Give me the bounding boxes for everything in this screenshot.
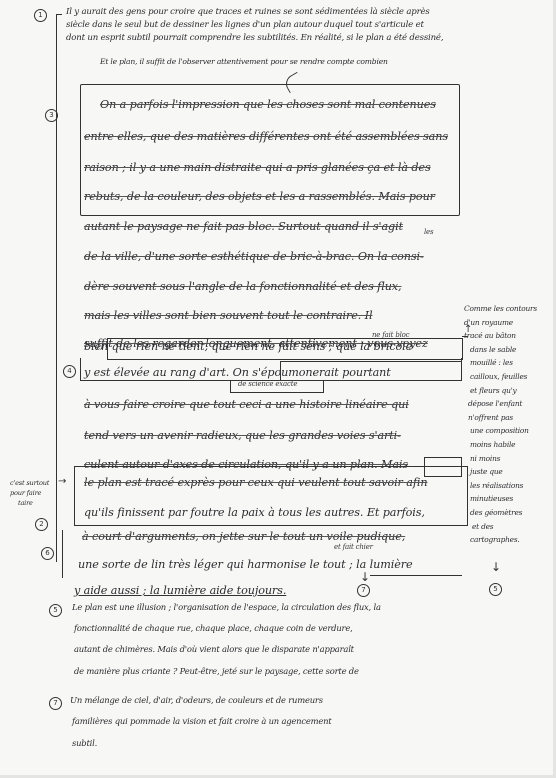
p4-line-6: qu'ils finissent par foutre la paix à to… [84, 500, 425, 525]
p3-line-10: bien que rien ne tient, que rien ne fait… [84, 334, 412, 359]
p6-bracket-line [62, 530, 63, 578]
right-note-line: dépose l'enfant [464, 397, 556, 411]
right-note-line: d'un royaume [464, 316, 556, 330]
p4-line-3: tend vers un avenir radieux, que les gra… [84, 423, 401, 448]
p3-line-7: dère souvent sous l'angle de la fonction… [84, 274, 401, 299]
right-note-line: et des [464, 520, 556, 534]
right-note-connector [462, 336, 468, 337]
insert-science-exacte: de science exacte [238, 380, 297, 388]
section-marker-3: 3 [45, 109, 58, 122]
p4-epoumonerait-box [280, 361, 462, 381]
lumiere-underline [370, 575, 462, 576]
p4-line-2: à vous faire croire que tout ceci a une … [84, 392, 409, 417]
p5-line-4: de manière plus criante ? Peut-être, jet… [74, 664, 359, 679]
section-marker-1: 1 [34, 9, 47, 22]
p3-line-4: rebuts, de la couleur, des objets et les… [84, 184, 435, 209]
right-note-line: les réalisations [464, 479, 556, 493]
left-note-line-3: taire [10, 498, 49, 508]
p7-line-3: subtil. [72, 736, 97, 751]
right-note-line: n'offrent pas [464, 411, 556, 425]
p1-insert: Et le plan, il suffit de l'observer atte… [100, 57, 388, 66]
right-note-line: et fleurs qu'y [464, 384, 556, 398]
p3-line-5: autant le paysage ne fait pas bloc. Surt… [84, 214, 403, 239]
p3-line-1: On a parfois l'impression que les choses… [100, 92, 436, 117]
right-note-arrow-icon: ↑ [464, 324, 472, 335]
p4-line-5: le plan est tracé exprès pour ceux qui v… [84, 470, 427, 495]
manuscript-page: 1 Il y aurait des gens pour croire que t… [0, 0, 556, 778]
left-note-arrow-icon: → [58, 476, 66, 487]
p5-line-1: Le plan est une illusion ; l'organisatio… [72, 600, 381, 615]
bracket-tick [56, 14, 62, 15]
p7-line-2: familières qui pommade la vision et fait… [72, 714, 331, 729]
section-marker-5: 5 [49, 604, 62, 617]
section-marker-2: 2 [35, 518, 48, 531]
left-note-line-2: pour faire [10, 488, 49, 498]
section-marker-7: 7 [49, 697, 62, 710]
left-bracket-line [56, 14, 57, 562]
right-note-line: tracé au bâton [464, 329, 556, 343]
right-note-line: dans le sable [464, 343, 556, 357]
left-note-line-1: c'est surtout [10, 478, 49, 488]
p3-line-8: mais les villes sont bien souvent tout l… [84, 303, 372, 328]
right-note-line: minutieuses [464, 492, 556, 506]
right-note-line: cailloux, feuilles [464, 370, 556, 384]
arrow-marker-5: 5 [489, 583, 502, 596]
p3-superscript-les: les [424, 228, 433, 236]
right-note-line: mouillé : les [464, 356, 556, 370]
right-note-line: cartographes. [464, 533, 556, 547]
down-arrow-icon-7: ↓ [360, 570, 370, 584]
arrow-marker-7: 7 [357, 584, 370, 597]
p3-line-2: entre elles, que des matières différente… [84, 124, 448, 149]
section-marker-6: 6 [41, 547, 54, 560]
left-margin-note: c'est surtout pour faire taire [10, 478, 49, 508]
p3-line-3: raison ; il y a une main distraite qui a… [84, 155, 431, 180]
p5-line-3: autant de chimères. Mais d'où vient alor… [74, 642, 354, 657]
right-note-line: une composition [464, 424, 556, 438]
down-arrow-icon-5: ↓ [491, 560, 501, 574]
p3-line-6: de la ville, d'une sorte esthétique de b… [84, 244, 424, 269]
right-margin-note: Comme les contours d'un royaume tracé au… [464, 302, 556, 547]
p5-line-2: fonctionnalité de chaque rue, chaque pla… [74, 621, 353, 636]
insert-et-fait-chier: et fait chier [334, 543, 373, 551]
right-note-line: moins habile [464, 438, 556, 452]
section-marker-4: 4 [63, 365, 76, 378]
right-note-line: des géomètres [464, 506, 556, 520]
p7-line-1: Un mélange de ciel, d'air, d'odeurs, de … [70, 693, 323, 708]
right-note-line: ni moins [464, 452, 556, 466]
right-note-line: juste que [464, 465, 556, 479]
p1-line-3: dont un esprit subtil pourrait comprendr… [66, 31, 443, 46]
right-note-line: Comme les contours [464, 302, 556, 316]
